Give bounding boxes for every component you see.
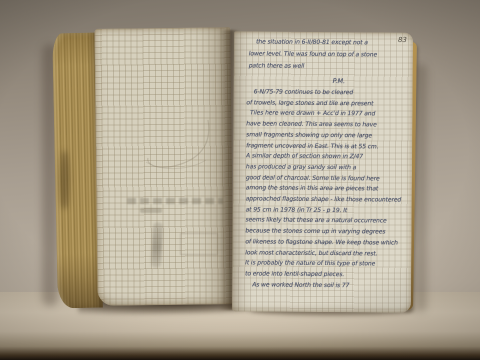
faded-pencil-diagram xyxy=(180,233,218,255)
handwritten-line: As we worked North the soil is 77 xyxy=(245,280,401,292)
page-edge-stain xyxy=(60,150,69,210)
handwritten-line: patch there as well xyxy=(249,60,377,73)
pencil-sketch xyxy=(112,92,232,192)
handwritten-line: lower level. Tile was found on top of a … xyxy=(249,48,377,61)
handwritten-line: approached flagstone shape - like those … xyxy=(246,194,402,206)
handwritten-paragraph-body: 6-N/75-79 continues to be clearedof trow… xyxy=(245,87,402,292)
handwritten-paragraph-top: the situation in 6-II/80-81 except not a… xyxy=(249,36,378,73)
section-heading-pm: P.M. xyxy=(333,77,345,85)
handwritten-line: small fragments showing up only one larg… xyxy=(246,130,402,142)
handwritten-line: to erode into lentil-shaped pieces. xyxy=(245,269,401,281)
handwritten-line: has produced a gray sandy soil with a xyxy=(246,162,402,174)
handwritten-text-block: the situation in 6-II/80-81 except not a… xyxy=(245,0,411,317)
faded-pencil-writing xyxy=(127,198,223,204)
handwritten-line: 6-N/75-79 continues to be cleared xyxy=(246,87,402,99)
faded-pencil-writing-short xyxy=(140,208,162,213)
handwritten-line: the situation in 6-II/80-81 except not a xyxy=(249,36,377,49)
photo-scene: 83 the situation in 6-II/80-81 except no… xyxy=(0,0,480,360)
handwritten-line: of likeness to flagstone shape. We keep … xyxy=(245,237,401,249)
